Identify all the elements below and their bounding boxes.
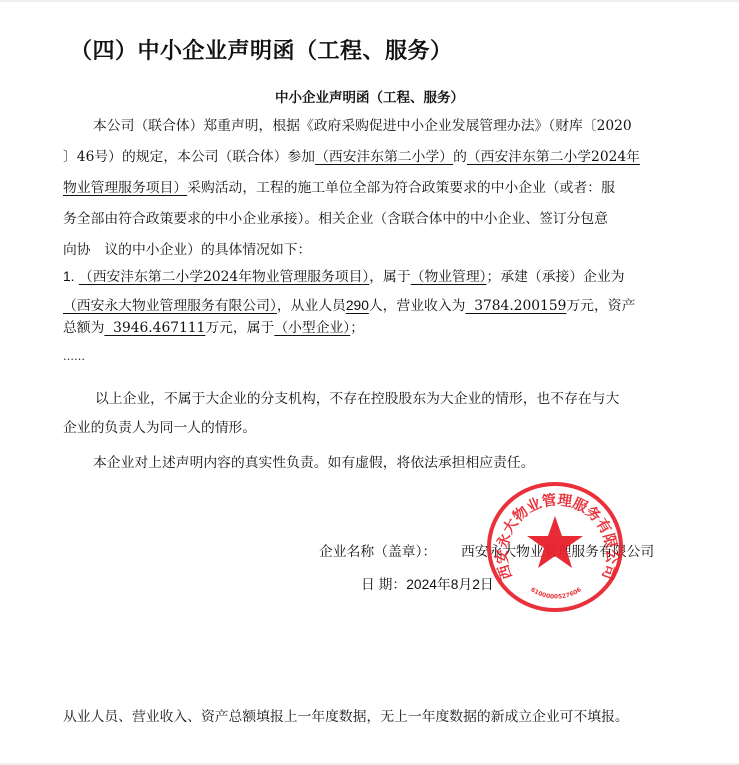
svg-text:6100000527606: 6100000527606 bbox=[529, 586, 582, 600]
intro-line-5: 向协 议的中小企业）的具体情况如下： bbox=[63, 241, 311, 259]
footnote: 从业人员、营业收入、资产总额填报上一年度数据，无上一年度数据的新成立企业可不填报… bbox=[63, 708, 629, 726]
page-top-border bbox=[0, 0, 739, 2]
star-icon bbox=[527, 516, 583, 568]
form-title: 中小企业声明函（工程、服务） bbox=[0, 86, 739, 106]
para-2-line-1: 以上企业，不属于大企业的分支机构，不存在控股股东为大企业的情形，也不存在与大 bbox=[95, 390, 619, 408]
stamp-serial: 6100000527606 bbox=[529, 586, 582, 600]
item-project: （西安沣东第二小学2024年物业管理服务项目） bbox=[79, 269, 369, 285]
para-3: 本企业对上述声明内容的真实性负责。如有虚假，将依法承担相应责任。 bbox=[93, 454, 535, 472]
company-label: 企业名称（盖章）： bbox=[319, 543, 436, 561]
project-name-part2: 物业管理服务项目） bbox=[63, 180, 187, 196]
item-line-3: 总额为 3946.467111万元，属于（小型企业）； bbox=[63, 319, 364, 337]
item-company: （西安永大物业管理服务有限公司） bbox=[63, 298, 277, 314]
date-label: 日 期： bbox=[361, 577, 406, 592]
para-2-line-2: 企业的负责人为同一人的情形。 bbox=[63, 419, 256, 437]
intro-line-2: 〕46号）的规定，本公司（联合体）参加（西安沣东第二小学）的（西安沣东第二小学2… bbox=[63, 148, 640, 166]
company-seal-stamp: 西安永大物业管理服务有限公司 6100000527606 bbox=[484, 480, 626, 614]
intro-line-1: 本公司（联合体）郑重声明，根据《政府采购促进中小企业发展管理办法》（财库〔202… bbox=[93, 117, 632, 135]
intro-line-4: 务全部由符合政策要求的中小企业承接）。相关企业（含联合体中的中小企业、签订分包意 bbox=[63, 210, 608, 228]
ellipsis: …… bbox=[63, 348, 85, 366]
item-size: （小型企业） bbox=[274, 320, 350, 336]
item-line-1: 1. （西安沣东第二小学2024年物业管理服务项目），属于（物业管理）；承建（承… bbox=[63, 268, 625, 286]
item-industry: （物业管理） bbox=[411, 269, 487, 285]
project-name-part1: （西安沣东第二小学2024年 bbox=[467, 149, 640, 165]
item-assets: 3946.467111 bbox=[104, 320, 205, 336]
section-heading: （四）中小企业声明函（工程、服务） bbox=[70, 34, 453, 65]
date-line: 日 期：2024年8月2日 bbox=[361, 576, 494, 594]
purchaser-name: （西安沣东第二小学） bbox=[315, 149, 453, 165]
item-employees: 290 bbox=[346, 298, 369, 313]
date-value: 2024年8月2日 bbox=[406, 577, 493, 592]
intro-line-3: 物业管理服务项目）采购活动，工程的施工单位全部为符合政策要求的中小企业（或者：服 bbox=[63, 179, 615, 197]
item-revenue: 3784.200159 bbox=[465, 298, 566, 314]
item-line-2: （西安永大物业管理服务有限公司），从业人员290人，营业收入为 3784.200… bbox=[63, 297, 635, 315]
